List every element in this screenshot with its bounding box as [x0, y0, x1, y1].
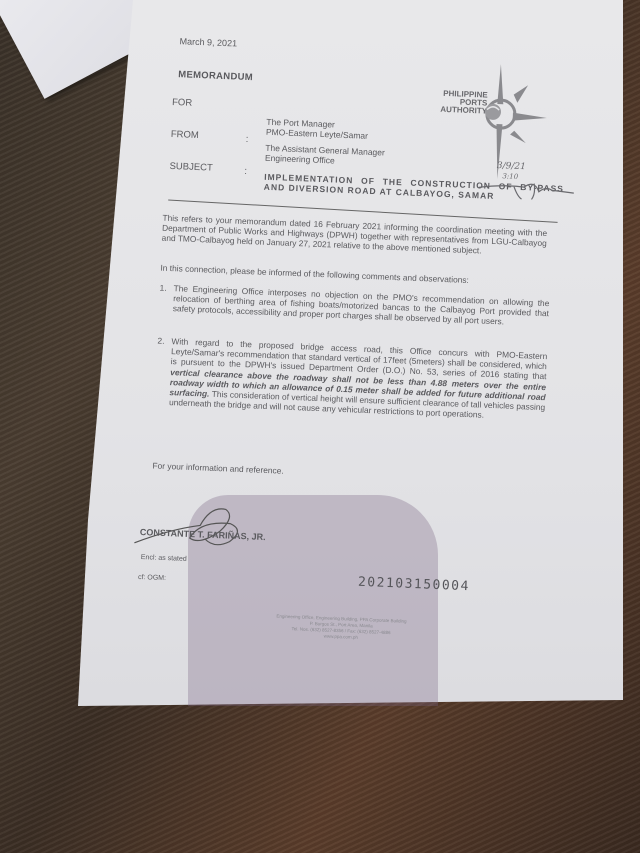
memo-date: March 9, 2021	[179, 36, 237, 50]
enclosure-note: Encl: as stated	[141, 552, 187, 565]
svg-text:3/9/21: 3/9/21	[497, 161, 526, 172]
cc-note: cf: OGM:	[138, 572, 166, 585]
document-number: 202103150004	[358, 577, 470, 593]
from-label: FROM	[171, 129, 199, 142]
for-label: FOR	[172, 97, 193, 109]
signature-icon	[129, 498, 261, 553]
handwritten-initials-icon: 3/9/21 3:10	[473, 155, 585, 209]
subject-label: SUBJECT	[169, 161, 213, 174]
for-value: The Port Manager PMO-Eastern Leyte/Samar	[266, 117, 369, 141]
svg-text:3:10: 3:10	[502, 172, 519, 181]
